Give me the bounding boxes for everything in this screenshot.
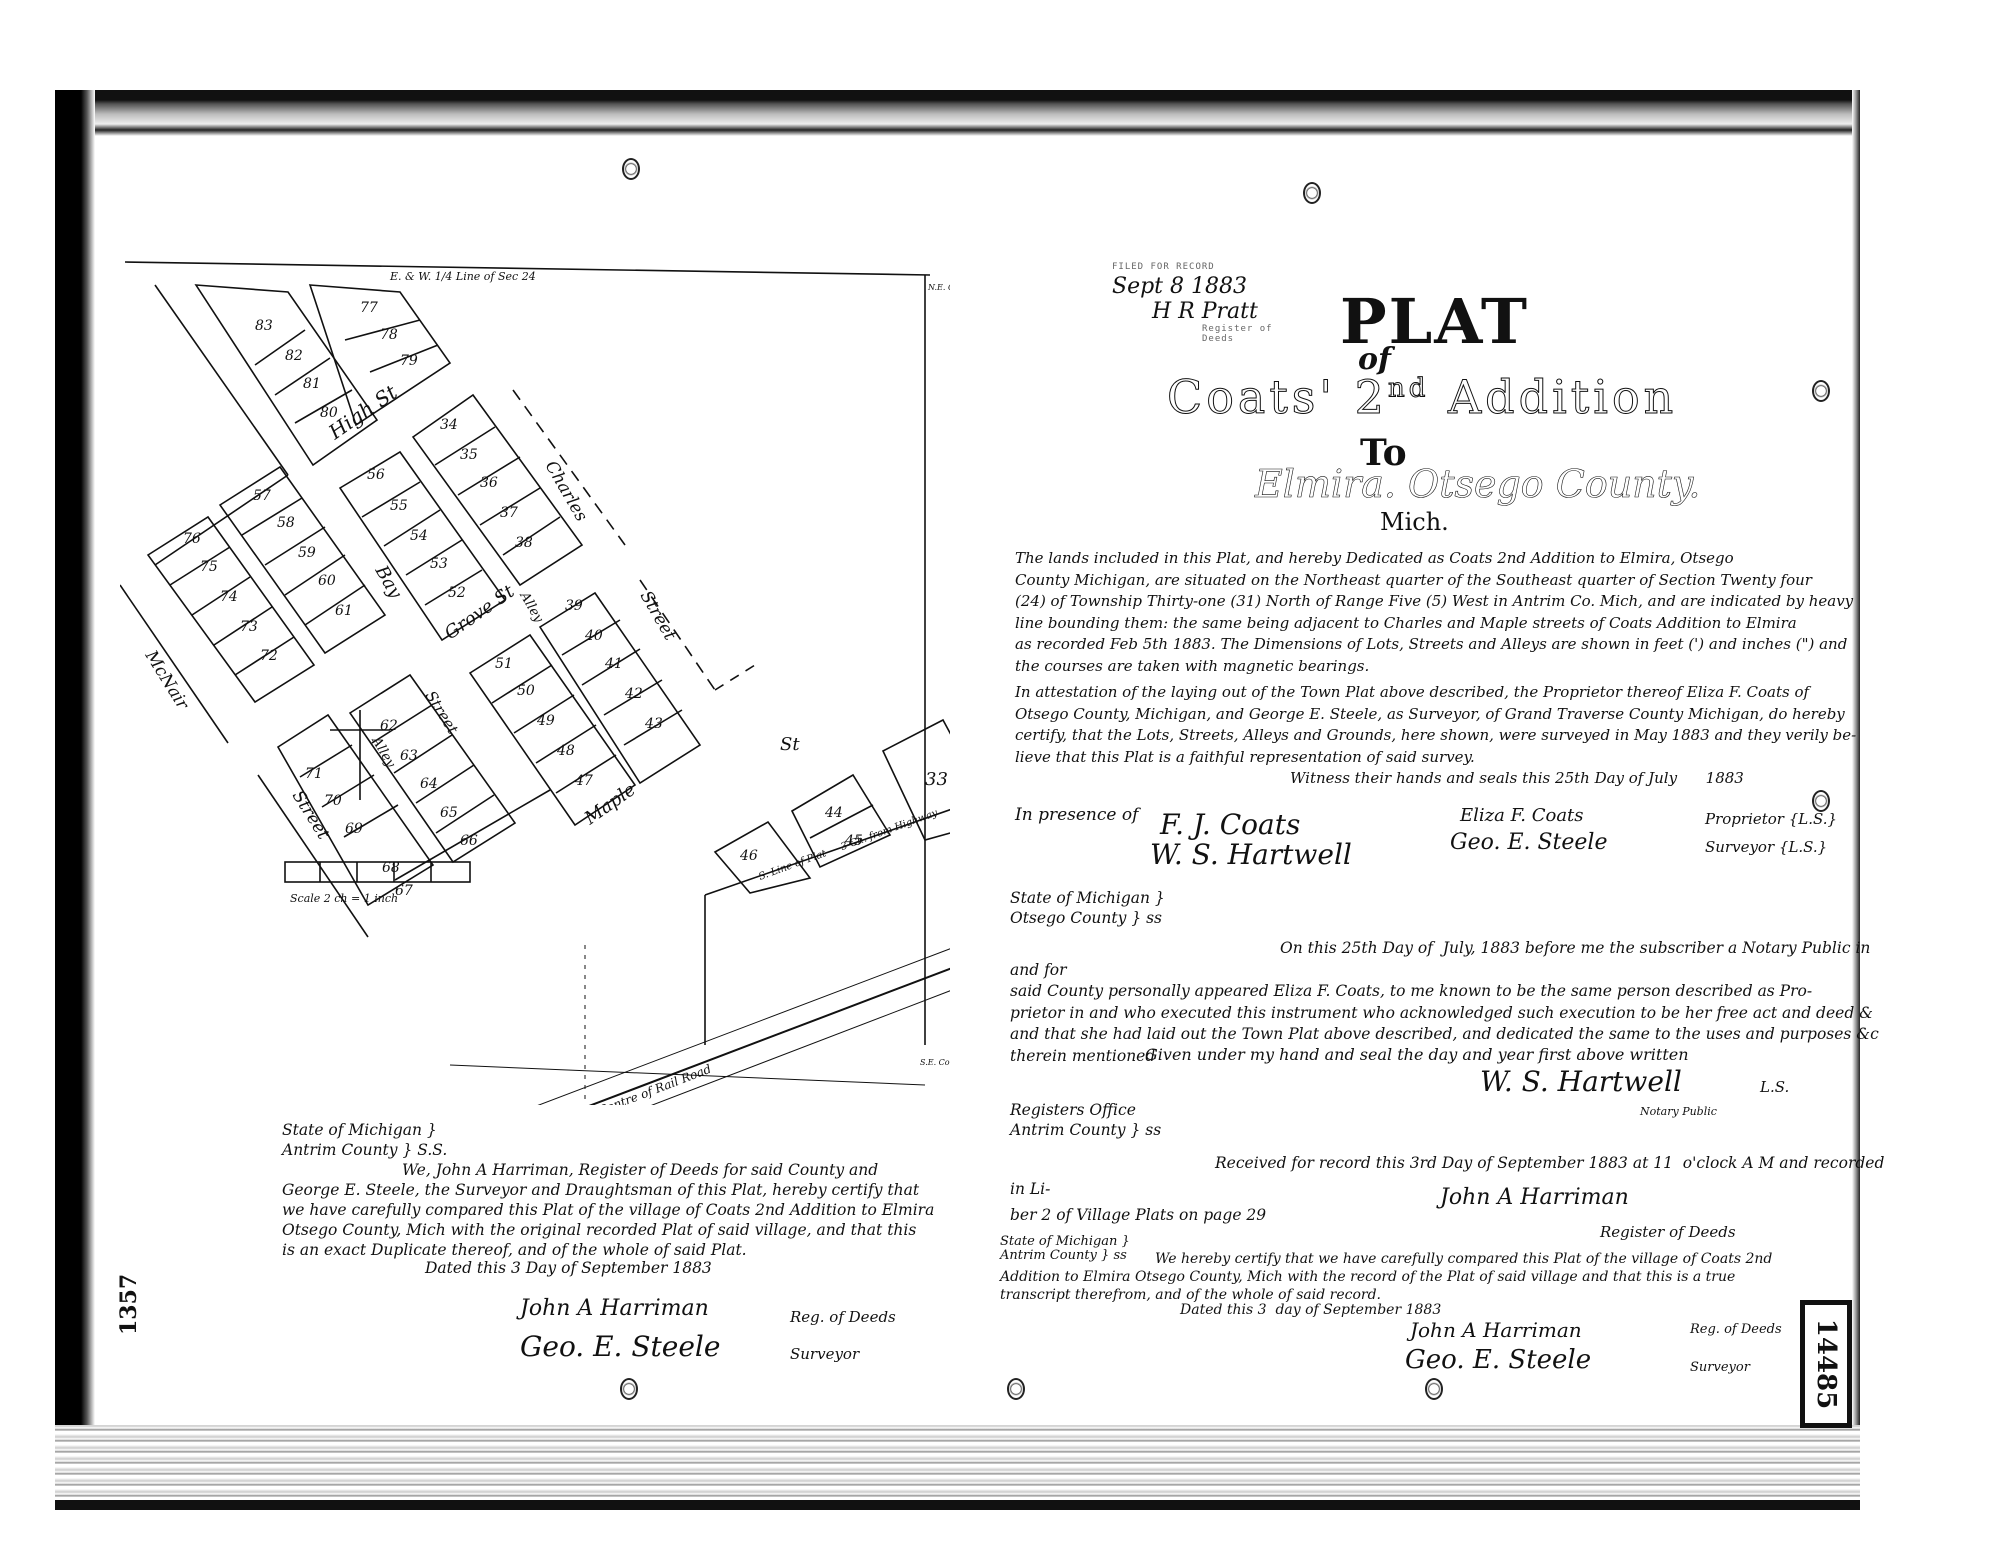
witness-signature-coats: F. J. Coats [1160,808,1300,841]
role-proprietor: Proprietor {L.S.} [1705,810,1837,828]
svg-text:62: 62 [380,718,398,734]
svg-text:40: 40 [584,628,603,644]
svg-text:71: 71 [305,766,323,782]
left-role-register: Reg. of Deeds [790,1308,896,1326]
title-addition: Coats' 2nd Addition [1167,370,1677,424]
svg-text:38: 38 [515,535,533,551]
svg-text:46: 46 [739,848,758,864]
svg-text:78: 78 [380,327,398,343]
svg-text:61: 61 [335,603,353,619]
svg-text:Charles: Charles [541,458,592,526]
record-number-box: 14485 [1800,1300,1852,1428]
svg-text:Centre of Rail Road: Centre of Rail Road [596,1062,713,1105]
notary-signature: W. S. Hartwell [1480,1065,1682,1098]
punch-hole-icon [1812,790,1830,812]
witness-line: Witness their hands and seals this 25th … [1290,768,1744,788]
svg-text:72: 72 [260,648,278,664]
punch-hole-icon [620,1378,638,1400]
attestation-text: In attestation of the laying out of the … [1015,682,1885,768]
scan-edge-top [55,90,1860,138]
punch-hole-icon [1007,1378,1025,1400]
left-cert-dated: Dated this 3 Day of September 1883 [425,1258,712,1278]
right-signature-steele: Geo. E. Steele [1405,1345,1591,1375]
punch-hole-icon [1812,380,1830,402]
signer-steele: Geo. E. Steele [1450,830,1608,855]
svg-text:49: 49 [536,713,555,729]
svg-text:59: 59 [298,545,316,561]
svg-text:79: 79 [400,353,418,369]
left-cert-text: We, John A Harriman, Register of Deeds f… [282,1160,942,1260]
record-number: 14485 [1811,1319,1841,1409]
svg-text:82: 82 [285,348,303,364]
svg-text:Bay: Bay [370,561,406,603]
svg-text:70: 70 [324,793,342,809]
svg-text:47: 47 [574,773,593,789]
svg-text:68: 68 [382,860,400,876]
svg-text:69: 69 [345,821,363,837]
svg-text:48: 48 [556,743,575,759]
svg-text:55: 55 [390,498,408,514]
registry-title: Register of Deeds [1600,1223,1736,1241]
right-signature-harriman: John A Harriman [1410,1318,1582,1342]
svg-text:S.E. Cor Sec 24: S.E. Cor Sec 24 [920,1058,950,1067]
right-cert-dated: Dated this 3 day of September 1883 [1180,1300,1441,1320]
svg-text:60: 60 [318,573,336,589]
right-role-register: Reg. of Deeds [1690,1322,1782,1337]
witness-signature-hartwell: W. S. Hartwell [1150,838,1352,871]
svg-text:50: 50 [517,683,535,699]
in-presence-of: In presence of [1015,805,1138,825]
stamp-header: FILED FOR RECORD [1112,262,1287,272]
right-cert-text: We hereby certify that we have carefully… [1000,1250,1880,1304]
svg-text:74: 74 [220,589,238,605]
svg-text:St: St [780,734,800,755]
svg-text:57: 57 [253,488,271,504]
stamp-subheader: Register of Deeds [1202,324,1287,344]
title-addition-word: Addition [1429,370,1677,424]
svg-text:34: 34 [440,417,458,433]
svg-text:37: 37 [500,505,518,521]
title-ordinal: nd [1388,374,1429,404]
role-surveyor: Surveyor {L.S.} [1705,838,1827,856]
punch-hole-icon [1303,182,1321,204]
svg-text:66: 66 [460,833,478,849]
svg-text:N.E. Cor: N.E. Cor [927,283,950,292]
svg-text:81: 81 [303,376,321,392]
svg-text:Scale 2 ch = 1 inch: Scale 2 ch = 1 inch [290,892,398,905]
filing-stamp: FILED FOR RECORD Sept 8 1883 H R Pratt R… [1112,262,1287,344]
title-coats: Coats' 2 [1167,370,1388,424]
svg-text:63: 63 [400,748,418,764]
svg-text:36: 36 [480,475,498,491]
stamp-date: Sept 8 1883 [1112,274,1287,299]
svg-text:56: 56 [367,467,385,483]
right-role-surveyor: Surveyor [1690,1360,1750,1375]
notary-venue: State of Michigan } Otsego County } ss [1010,888,1165,928]
scan-edge-bottom [55,1425,1860,1510]
svg-text:35: 35 [460,447,478,463]
plat-map-drawing: E. & W. 1/4 Line of Sec 24 83828180 7778… [120,255,950,1105]
plat-map: E. & W. 1/4 Line of Sec 24 83828180 7778… [120,255,950,1105]
section-line-label: E. & W. 1/4 Line of Sec 24 [389,270,536,283]
notary-seal: L.S. [1760,1078,1789,1096]
punch-hole-icon [622,158,640,180]
svg-text:Alley: Alley [368,734,398,771]
svg-text:64: 64 [420,776,438,792]
svg-text:42: 42 [624,686,643,702]
svg-text:39: 39 [565,598,583,614]
svg-text:52: 52 [448,585,466,601]
registry-venue: Registers Office Antrim County } ss [1010,1100,1161,1140]
stamp-signature: H R Pratt [1152,299,1287,324]
svg-text:77: 77 [360,300,378,316]
svg-text:73: 73 [240,619,258,635]
left-signature-harriman: John A Harriman [520,1296,709,1321]
signer-coats: Eliza F. Coats [1460,805,1584,826]
svg-text:83: 83 [255,318,273,334]
svg-text:Street: Street [422,688,463,738]
title-state: Mich. [1380,508,1449,536]
left-signature-steele: Geo. E. Steele [520,1330,720,1363]
svg-text:65: 65 [440,805,458,821]
svg-text:41: 41 [604,656,623,672]
svg-text:76: 76 [183,531,201,547]
scan-edge-left [55,90,95,1500]
side-record-number: 1357 [116,1274,142,1335]
svg-text:43: 43 [644,716,663,732]
svg-text:51: 51 [495,656,513,672]
svg-text:58: 58 [277,515,295,531]
punch-hole-icon [1425,1378,1443,1400]
svg-text:Alley: Alley [516,589,546,626]
left-role-surveyor: Surveyor [790,1345,859,1363]
notary-given: Given under my hand and seal the day and… [1145,1045,1689,1065]
title-place: Elmira. Otsego County. [1255,462,1700,506]
left-cert-venue: State of Michigan } Antrim County } S.S. [282,1120,447,1160]
dedication-text: The lands included in this Plat, and her… [1015,548,1885,677]
svg-text:53: 53 [430,556,448,572]
notary-title: Notary Public [1640,1105,1717,1118]
svg-text:33: 33 [925,769,948,790]
svg-text:75: 75 [200,559,218,575]
registry-signature: John A Harriman [1440,1185,1629,1210]
svg-text:Street: Street [636,588,680,645]
svg-text:54: 54 [410,528,428,544]
svg-text:44: 44 [824,805,843,821]
